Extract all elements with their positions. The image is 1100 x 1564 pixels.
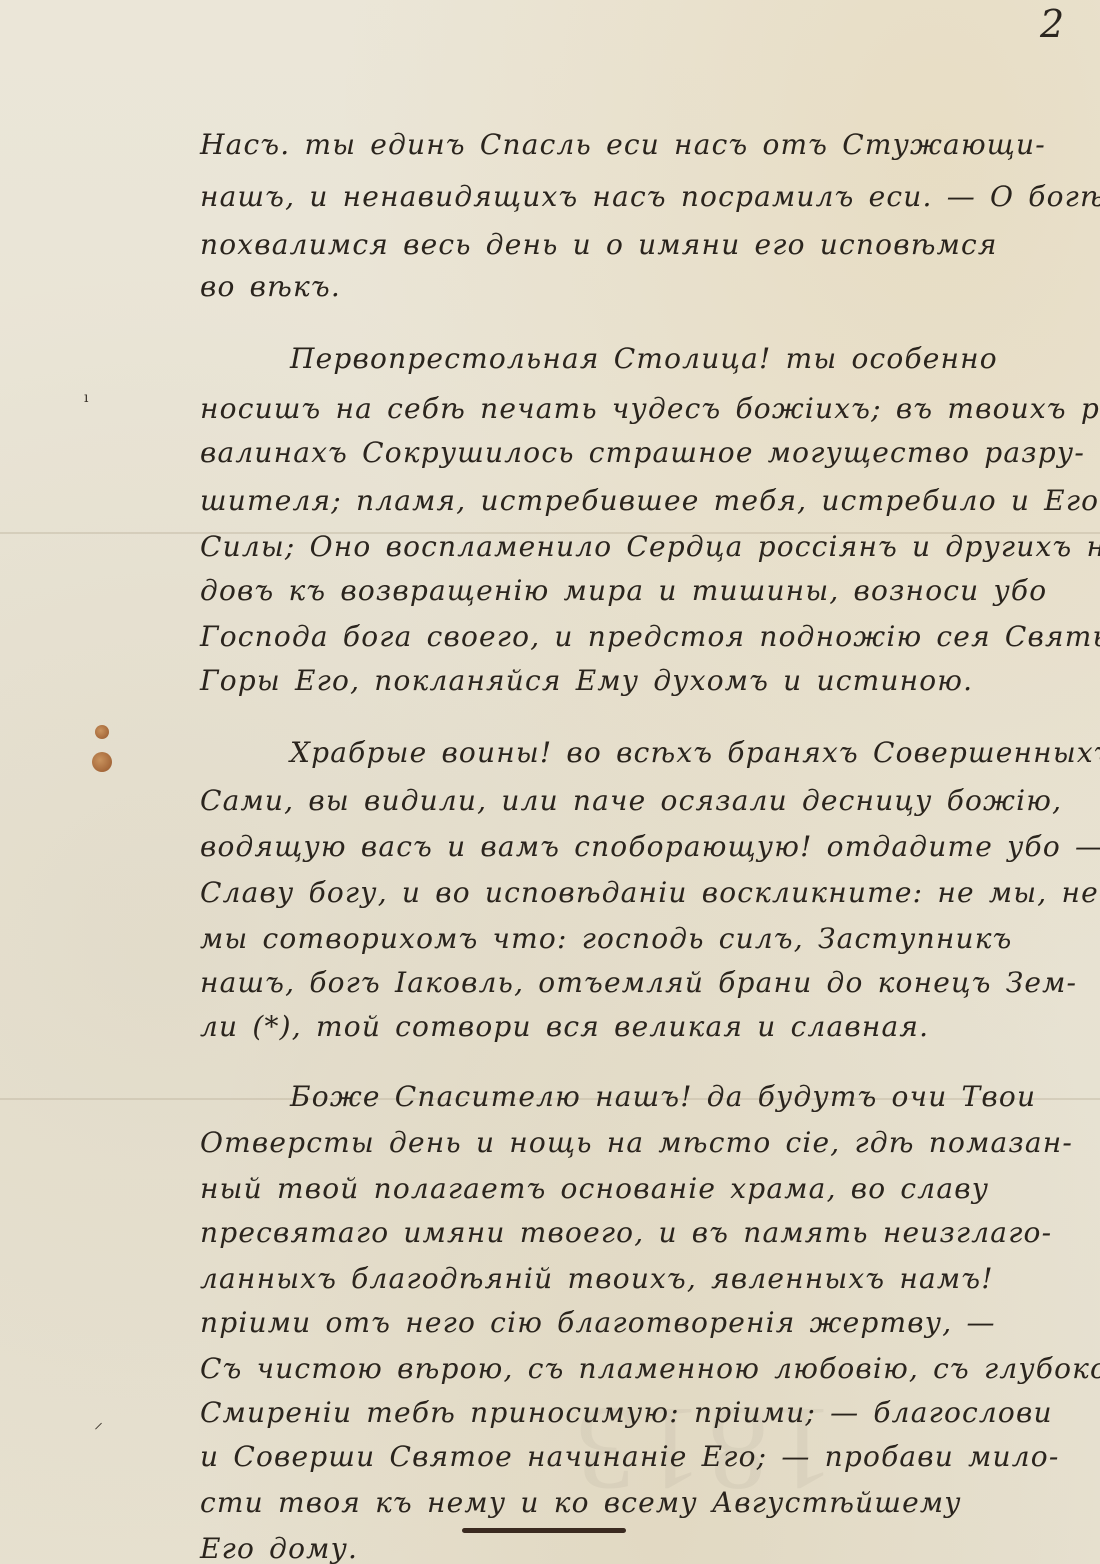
text-line: нашъ, и ненавидящихъ насъ посрамилъ еси.… xyxy=(200,180,1100,213)
closing-rule-divider xyxy=(462,1528,626,1533)
text-line: ланныхъ благодѣянiй твоихъ, явленныхъ на… xyxy=(200,1262,994,1295)
text-line: и Соверши Святое начинанiе Его; — пробав… xyxy=(200,1440,1060,1473)
text-line: во вѣкъ. xyxy=(200,270,341,303)
text-line: валинахъ Сокрушилось страшное могущество… xyxy=(200,436,1085,469)
paragraph-first-line: Храбрые воины! во всѣхъ браняхъ Совершен… xyxy=(290,736,1100,769)
text-line: мы сотворихомъ что: господь силъ, Заступ… xyxy=(200,922,1013,955)
text-line: носишъ на себѣ печать чудесъ божiихъ; въ… xyxy=(200,392,1100,425)
paragraph-first-line: Боже Спасителю нашъ! да будутъ очи Твои xyxy=(290,1080,1036,1113)
text-line: Отверсты день и нощь на мѣсто сiе, гдѣ п… xyxy=(200,1126,1073,1159)
text-line: прiими отъ него сiю благотворенiя жертву… xyxy=(200,1306,996,1339)
text-line: довъ къ возвращенiю мира и тишины, возно… xyxy=(200,574,1047,607)
text-line: пресвятаго имяни твоего, и въ память неи… xyxy=(200,1216,1052,1249)
text-line: Горы Его, покланяйся Ему духомъ и истино… xyxy=(200,664,973,697)
text-line: сти твоя къ нему и ко всему Августѣйшему xyxy=(200,1486,962,1519)
text-line: шителя; пламя, истребившее тебя, истреби… xyxy=(200,484,1099,517)
text-line: ный твой полагаетъ основанiе храма, во с… xyxy=(200,1172,989,1205)
paragraph-first-line: Первопрестольная Столица! ты особенно xyxy=(290,342,998,375)
text-line: похвалимся весь день и о имяни его испов… xyxy=(200,228,998,261)
text-line: Насъ. ты единъ Спасль еси насъ отъ Стужа… xyxy=(200,128,1046,161)
margin-ink-mark: ı xyxy=(84,390,88,406)
text-line: ли (*), той сотвори вся великая и славна… xyxy=(200,1010,929,1043)
text-line: Сами, вы видили, или паче осязали десниц… xyxy=(200,784,1062,817)
page-number: 2 xyxy=(1040,2,1064,46)
text-line: водящую васъ и вамъ споборающую! отдадит… xyxy=(200,830,1100,863)
text-line: Его дому. xyxy=(200,1532,358,1564)
manuscript-page: 1813 2 ı ⸝ Насъ. ты единъ Спасль еси нас… xyxy=(0,0,1100,1564)
margin-ink-mark: ⸝ xyxy=(94,1410,103,1434)
text-line: Съ чистою вѣрою, съ пламенною любовiю, с… xyxy=(200,1352,1100,1385)
text-line: нашъ, богъ Iаковль, отъемляй брани до ко… xyxy=(200,966,1077,999)
text-line: Славу богу, и во исповѣданiи воскликните… xyxy=(200,876,1100,909)
ink-stain-dot xyxy=(95,725,109,739)
text-line: Господа бога своего, и предстоя подножiю… xyxy=(200,620,1100,653)
ink-stain-dot xyxy=(92,752,112,772)
text-line: Силы; Оно воспламенило Сердца россiянъ и… xyxy=(200,530,1100,563)
text-line: Смиренiи тебѣ приносимую: прiими; — благ… xyxy=(200,1396,1053,1429)
